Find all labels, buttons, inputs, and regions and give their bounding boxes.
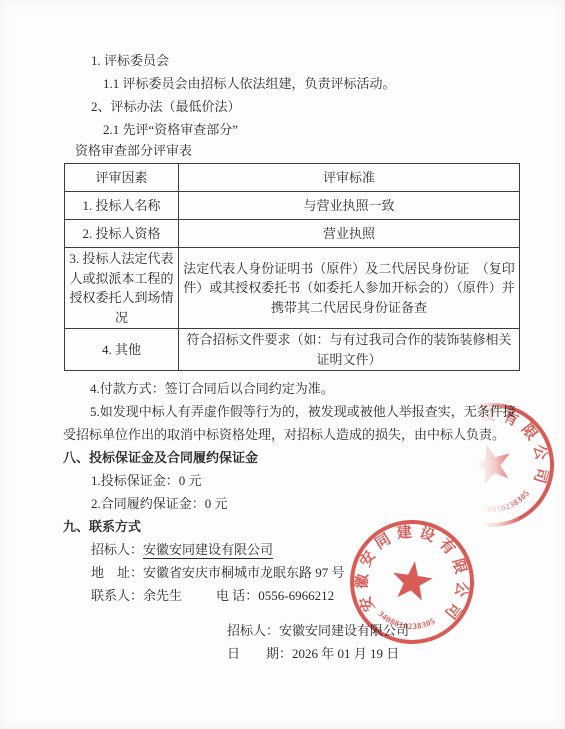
performance-bond-item: 2.合同履约保证金：0 元 <box>63 492 519 515</box>
clause-2-1: 2.1 先评“资格审查部分” <box>63 118 519 141</box>
row4-factor: 4. 其他 <box>65 329 179 371</box>
tenderer-label: 招标人： <box>91 542 143 557</box>
signature-tenderer: 招标人：安徽安同建设有限公司 <box>227 619 519 642</box>
bid-bond-item: 1.投标保证金：0 元 <box>63 469 519 492</box>
qualification-review-table: 评审因素 评审标准 1. 投标人名称 与营业执照一致 2. 投标人资格 营业执照… <box>64 163 520 371</box>
contact-line: 联系人：余先生电 话：0556-6966212 <box>63 584 519 607</box>
signature-block: 招标人：安徽安同建设有限公司 日 期：2026 年 01 月 19 日 <box>227 619 519 665</box>
section-9-title: 九、联系方式 <box>63 515 519 538</box>
tenderer-name-underlined: 安徽安同建设有限公司 <box>143 542 273 559</box>
clause-2-heading: 2、评标办法（最低价法） <box>63 95 519 118</box>
row3-factor: 3. 投标人法定代表人或拟派本工程的授权委托人到场情况 <box>65 248 179 329</box>
clause-fraud: 5.如发现中标人有弄虚作假等行为的，被发现或被他人举报查实，无条件接受招标单位作… <box>63 400 519 446</box>
row1-factor: 1. 投标人名称 <box>65 192 179 220</box>
address-line: 地 址：安徽省安庆市桐城市龙眠东路 97 号 <box>63 561 519 584</box>
row2-factor: 2. 投标人资格 <box>65 220 179 248</box>
row3-standard: 法定代表人身份证明书（原件）及二代居民身份证 （复印件）或其授权委托书（如委托人… <box>179 248 520 329</box>
table-header-standard: 评审标准 <box>179 164 520 192</box>
clause-payment: 4.付款方式：签订合同后以合同约定为准。 <box>63 377 519 400</box>
table-row: 3. 投标人法定代表人或拟派本工程的授权委托人到场情况 法定代表人身份证明书（原… <box>65 248 520 329</box>
table-row: 4. 其他 符合招标文件要求（如：与有过我司合作的装饰装修相关证明文件） <box>65 329 520 371</box>
signature-date: 日 期：2026 年 01 月 19 日 <box>227 642 519 665</box>
contact-person: 联系人：余先生 <box>91 588 182 603</box>
table-row: 2. 投标人资格 营业执照 <box>65 220 520 248</box>
table-row: 1. 投标人名称 与营业执照一致 <box>65 192 520 220</box>
clause-1-heading: 1. 评标委员会 <box>63 49 519 72</box>
row4-standard: 符合招标文件要求（如：与有过我司合作的装饰装修相关证明文件） <box>179 329 520 371</box>
section-8-title: 八、投标保证金及合同履约保证金 <box>63 446 519 469</box>
table-header-factor: 评审因素 <box>65 164 179 192</box>
clause-1-1: 1.1 评标委员会由招标人依法组建，负责评标活动。 <box>63 72 519 95</box>
table-header-row: 评审因素 评审标准 <box>65 164 520 192</box>
document-page: 1. 评标委员会 1.1 评标委员会由招标人依法组建，负责评标活动。 2、评标办… <box>0 0 565 729</box>
table-title: 资格审查部分评审表 <box>63 141 519 161</box>
tenderer-line: 招标人：安徽安同建设有限公司 <box>63 538 519 561</box>
row1-standard: 与营业执照一致 <box>179 192 520 220</box>
phone-number: 电 话：0556-6966212 <box>216 588 334 603</box>
row2-standard: 营业执照 <box>179 220 520 248</box>
